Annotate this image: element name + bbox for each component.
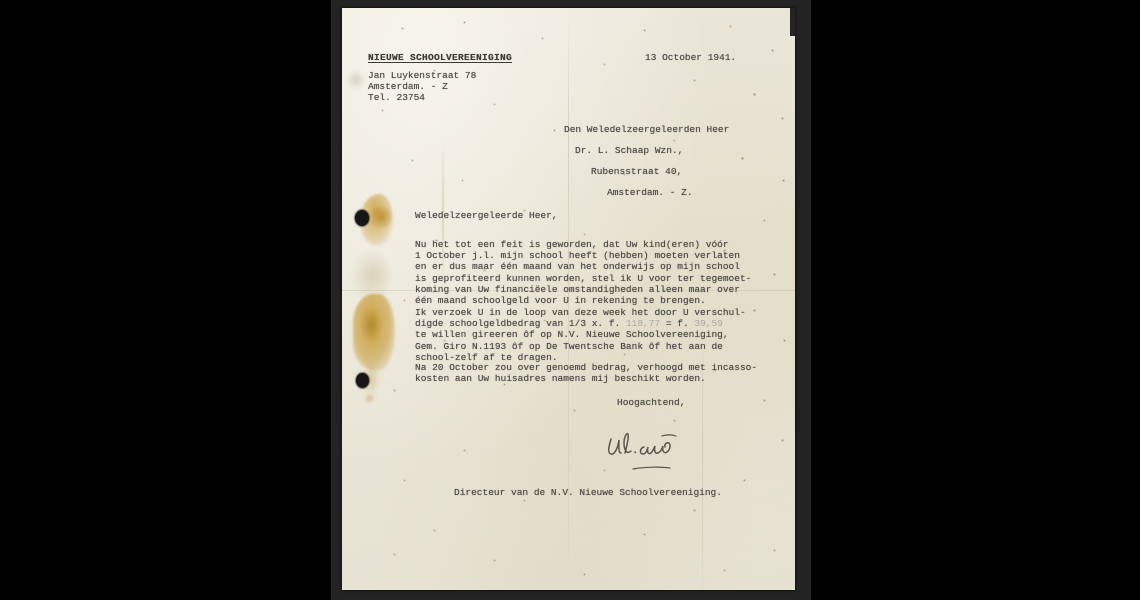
recipient-line: Amsterdam. - Z. (564, 188, 729, 198)
scanner-background: NIEUWE SCHOOLVEREENIGING Jan Luykenstraa… (331, 0, 811, 600)
recipient-line: Rubensstraat 40, (564, 167, 729, 177)
recipient-block: Den Weledelzeergeleerden Heer Dr. L. Sch… (564, 115, 729, 209)
smudge-stain (347, 70, 365, 90)
letterhead-phone: Tel. 23754 (368, 92, 425, 103)
handwritten-signature (604, 428, 694, 478)
letterhead-city: Amsterdam. - Z (368, 81, 448, 92)
paragraph-2-text: te willen gireeren ôf op N.V. Nieuwe Sch… (415, 329, 729, 362)
closing: Hoogachtend, (617, 397, 685, 408)
paragraph-2: Ik verzoek U in de loop van deze week he… (415, 307, 780, 363)
letter-page: NIEUWE SCHOOLVEREENIGING Jan Luykenstraa… (342, 8, 795, 590)
punch-hole-bottom (356, 373, 369, 388)
tape-stain-dark-core (360, 308, 382, 342)
faint-stain (352, 250, 390, 302)
letterhead-address: Jan Luykenstraat 78 Amsterdam. - Z Tel. … (368, 71, 476, 103)
tape-stain (372, 204, 392, 230)
screenshot-root: { "page": { "background_color": "#000000… (0, 0, 1140, 600)
tape-stain-large (353, 294, 395, 370)
letter-date: 13 October 1941. (645, 52, 736, 63)
paragraph-1: Nu het tot een feit is geworden, dat Uw … (415, 239, 780, 306)
salutation: Weledelzeergeleerde Heer, (415, 210, 558, 221)
school-fee-amount: 118,77 (626, 318, 660, 329)
footer-title: Directeur van de N.V. Nieuwe Schoolveree… (454, 487, 722, 498)
paragraph-2-text: = f. (660, 318, 694, 329)
recipient-line: Dr. L. Schaap Wzn., (564, 146, 729, 156)
paper-corner-notch (790, 8, 795, 36)
letterhead-org-name: NIEUWE SCHOOLVEREENIGING (368, 52, 512, 63)
signature-ink (604, 428, 694, 478)
due-amount: 39,59 (694, 318, 723, 329)
letterhead-street: Jan Luykenstraat 78 (368, 70, 476, 81)
stain-drop (364, 394, 375, 403)
paragraph-3: Na 20 October zou over genoemd bedrag, v… (415, 362, 780, 384)
punch-hole-top (355, 210, 369, 226)
paper-speckles (342, 8, 343, 9)
recipient-line: Den Weledelzeergeleerden Heer (564, 125, 729, 135)
